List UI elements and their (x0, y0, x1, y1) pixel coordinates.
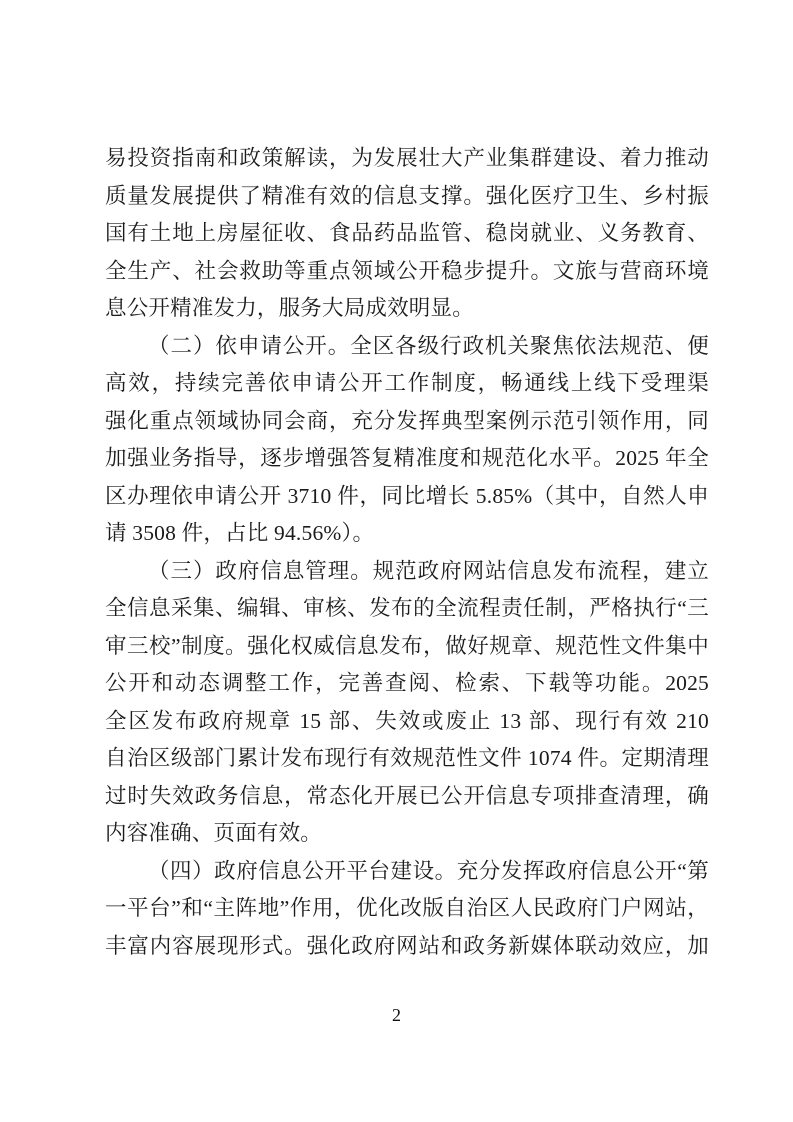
body-line: （三）政府信息管理。规范政府网站信息发布流程，建立健 (105, 553, 709, 591)
body-line: 全信息采集、编辑、审核、发布的全流程责任制，严格执行“三 (105, 590, 709, 628)
body-line: 公开和动态调整工作，完善查阅、检索、下载等功能。2025 年， (105, 665, 709, 703)
body-line: 强化重点领域协同会商，充分发挥典型案例示范引领作用，同步 (105, 403, 709, 441)
body-line: 一平台”和“主阵地”作用，优化改版自治区人民政府门户网站， (105, 890, 709, 928)
page-number: 2 (0, 1002, 793, 1028)
body-line: 过时失效政务信息，常态化开展已公开信息专项排查清理，确保 (105, 778, 709, 816)
body-line: 易投资指南和政策解读，为发展壮大产业集群建设、着力推动高 (105, 140, 709, 178)
body-line: 全生产、社会救助等重点领域公开稳步提升。文旅与营商环境信 (105, 253, 709, 291)
body-line: 审三校”制度。强化权威信息发布，做好规章、规范性文件集中 (105, 628, 709, 666)
body-line: 内容准确、页面有效。 (105, 815, 709, 853)
body-line: 高效，持续完善依申请公开工作制度，畅通线上线下受理渠道， (105, 365, 709, 403)
document-page: 易投资指南和政策解读，为发展壮大产业集群建设、着力推动高 质量发展提供了精准有效… (0, 0, 793, 1122)
body-line: （二）依申请公开。全区各级行政机关聚焦依法规范、便民 (105, 328, 709, 366)
body-line: 丰富内容展现形式。强化政府网站和政务新媒体联动效应，加大 (105, 928, 709, 966)
body-line: 区办理依申请公开 3710 件，同比增长 5.85%（其中，自然人申 (105, 478, 709, 516)
body-line: 质量发展提供了精准有效的信息支撑。强化医疗卫生、乡村振兴、 (105, 178, 709, 216)
body-line: 国有土地上房屋征收、食品药品监管、稳岗就业、义务教育、安 (105, 215, 709, 253)
body-line: 息公开精准发力，服务大局成效明显。 (105, 290, 709, 328)
body-line: （四）政府信息公开平台建设。充分发挥政府信息公开“第 (105, 853, 709, 891)
body-line: 请 3508 件，占比 94.56%）。 (105, 515, 709, 553)
body-line: 加强业务指导，逐步增强答复精准度和规范化水平。2025 年全 (105, 440, 709, 478)
text-block: 易投资指南和政策解读，为发展壮大产业集群建设、着力推动高 质量发展提供了精准有效… (105, 140, 709, 965)
body-line: 全区发布政府规章 15 部、失效或废止 13 部、现行有效 210 部， (105, 703, 709, 741)
body-line: 自治区级部门累计发布现行有效规范性文件 1074 件。定期清理 (105, 740, 709, 778)
